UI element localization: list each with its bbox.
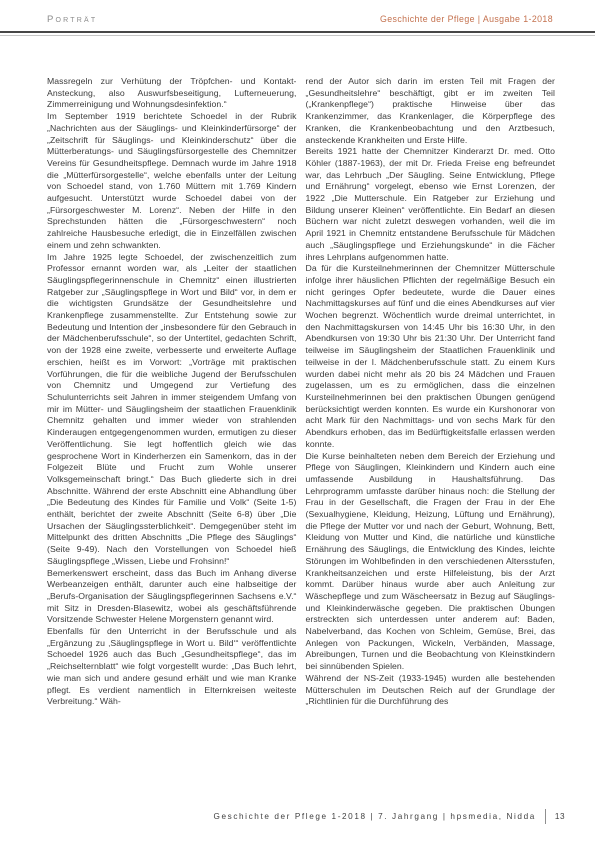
journal-page: Porträt Geschichte der Pflege | Ausgabe … (0, 0, 595, 842)
paragraph: Die Kurse beinhalteten neben dem Bereich… (306, 451, 556, 673)
rubric-label: Porträt (47, 14, 97, 25)
paragraph: Massregeln zur Verhütung der Tröpfchen- … (47, 76, 297, 111)
paragraph: Da für die Kursteilnehmerinnen der Chemn… (306, 263, 556, 450)
footer-divider (545, 809, 546, 824)
page-header: Porträt Geschichte der Pflege | Ausgabe … (47, 14, 553, 25)
page-footer: Geschichte der Pflege 1-2018 | 7. Jahrga… (47, 809, 565, 824)
paragraph: Im September 1919 berichtete Schoedel in… (47, 111, 297, 251)
paragraph: Bereits 1921 hatte der Chemnitzer Kinder… (306, 146, 556, 263)
journal-issue-label: Geschichte der Pflege | Ausgabe 1-2018 (380, 14, 553, 24)
paragraph: Während der NS-Zeit (1933-1945) wurden a… (306, 673, 556, 708)
paragraph: Im Jahre 1925 legte Schoedel, der zwisch… (47, 252, 297, 568)
right-column: rend der Autor sich darin im ersten Teil… (306, 76, 556, 708)
header-rule (0, 31, 595, 36)
article-body: Massregeln zur Verhütung der Tröpfchen- … (47, 76, 555, 708)
paragraph: rend der Autor sich darin im ersten Teil… (306, 76, 556, 146)
footer-imprint: Geschichte der Pflege 1-2018 | 7. Jahrga… (214, 812, 536, 821)
paragraph: Ebenfalls für den Unterricht in der Beru… (47, 626, 297, 708)
paragraph: Bemerkenswert erscheint, dass das Buch i… (47, 568, 297, 627)
page-number: 13 (555, 812, 565, 821)
left-column: Massregeln zur Verhütung der Tröpfchen- … (47, 76, 297, 708)
